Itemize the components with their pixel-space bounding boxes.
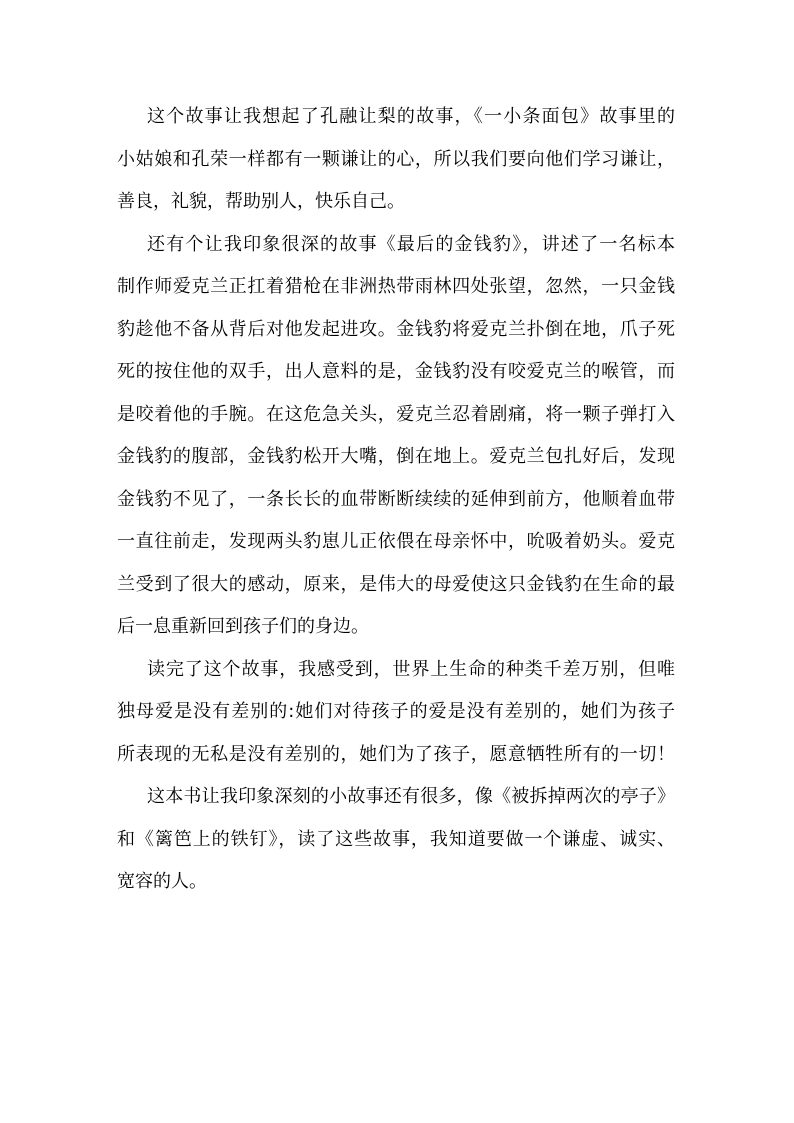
text-line: 一直往前走，发现两头豹崽儿正依偎在母亲怀中，吮吸着奶头。爱克 [117,521,675,564]
text-line: 所表现的无私是没有差别的，她们为了孩子，愿意牺牲所有的一切！ [117,734,675,777]
document-page: 这个故事让我想起了孔融让梨的故事，《一小条面包》故事里的 小姑娘和孔荣一样都有一… [0,0,794,1123]
text-line: 金钱豹的腹部，金钱豹松开大嘴，倒在地上。爱克兰包扎好后，发现 [117,436,675,479]
paragraph-2: 还有个让我印象很深的故事《最后的金钱豹》，讲述了一名标本 制作师爱克兰正扛着猎枪… [117,224,675,649]
text-line: 宽容的人。 [117,861,675,904]
text-line: 是咬着他的手腕。在这危急关头，爱克兰忍着剧痛，将一颗子弹打入 [117,394,675,437]
text-line: 后一息重新回到孩子们的身边。 [117,606,675,649]
text-line: 独母爱是没有差别的:她们对待孩子的爱是没有差别的，她们为孩子 [117,691,675,734]
text-line: 豹趁他不备从背后对他发起进攻。金钱豹将爱克兰扑倒在地，爪子死 [117,309,675,352]
text-line: 小姑娘和孔荣一样都有一颗谦让的心，所以我们要向他们学习谦让， [117,139,675,182]
paragraph-3: 读完了这个故事，我感受到，世界上生命的种类千差万别，但唯 独母爱是没有差别的:她… [117,649,675,777]
paragraph-4: 这本书让我印象深刻的小故事还有很多，像《被拆掉两次的亭子》 和《篱笆上的铁钉》，… [117,776,675,904]
paragraph-1: 这个故事让我想起了孔融让梨的故事，《一小条面包》故事里的 小姑娘和孔荣一样都有一… [117,96,675,224]
text-line: 这本书让我印象深刻的小故事还有很多，像《被拆掉两次的亭子》 [117,776,675,819]
text-line: 兰受到了很大的感动，原来，是伟大的母爱使这只金钱豹在生命的最 [117,564,675,607]
text-line: 还有个让我印象很深的故事《最后的金钱豹》，讲述了一名标本 [117,224,675,267]
text-line: 这个故事让我想起了孔融让梨的故事，《一小条面包》故事里的 [117,96,675,139]
text-line: 制作师爱克兰正扛着猎枪在非洲热带雨林四处张望，忽然，一只金钱 [117,266,675,309]
text-line: 和《篱笆上的铁钉》，读了这些故事，我知道要做一个谦虚、诚实、 [117,819,675,862]
text-line: 读完了这个故事，我感受到，世界上生命的种类千差万别，但唯 [117,649,675,692]
text-line: 金钱豹不见了，一条长长的血带断断续续的延伸到前方，他顺着血带 [117,479,675,522]
text-line: 死的按住他的双手，出人意料的是，金钱豹没有咬爱克兰的喉管，而 [117,351,675,394]
document-body: 这个故事让我想起了孔融让梨的故事，《一小条面包》故事里的 小姑娘和孔荣一样都有一… [117,96,675,904]
text-line: 善良，礼貌，帮助别人，快乐自己。 [117,181,675,224]
